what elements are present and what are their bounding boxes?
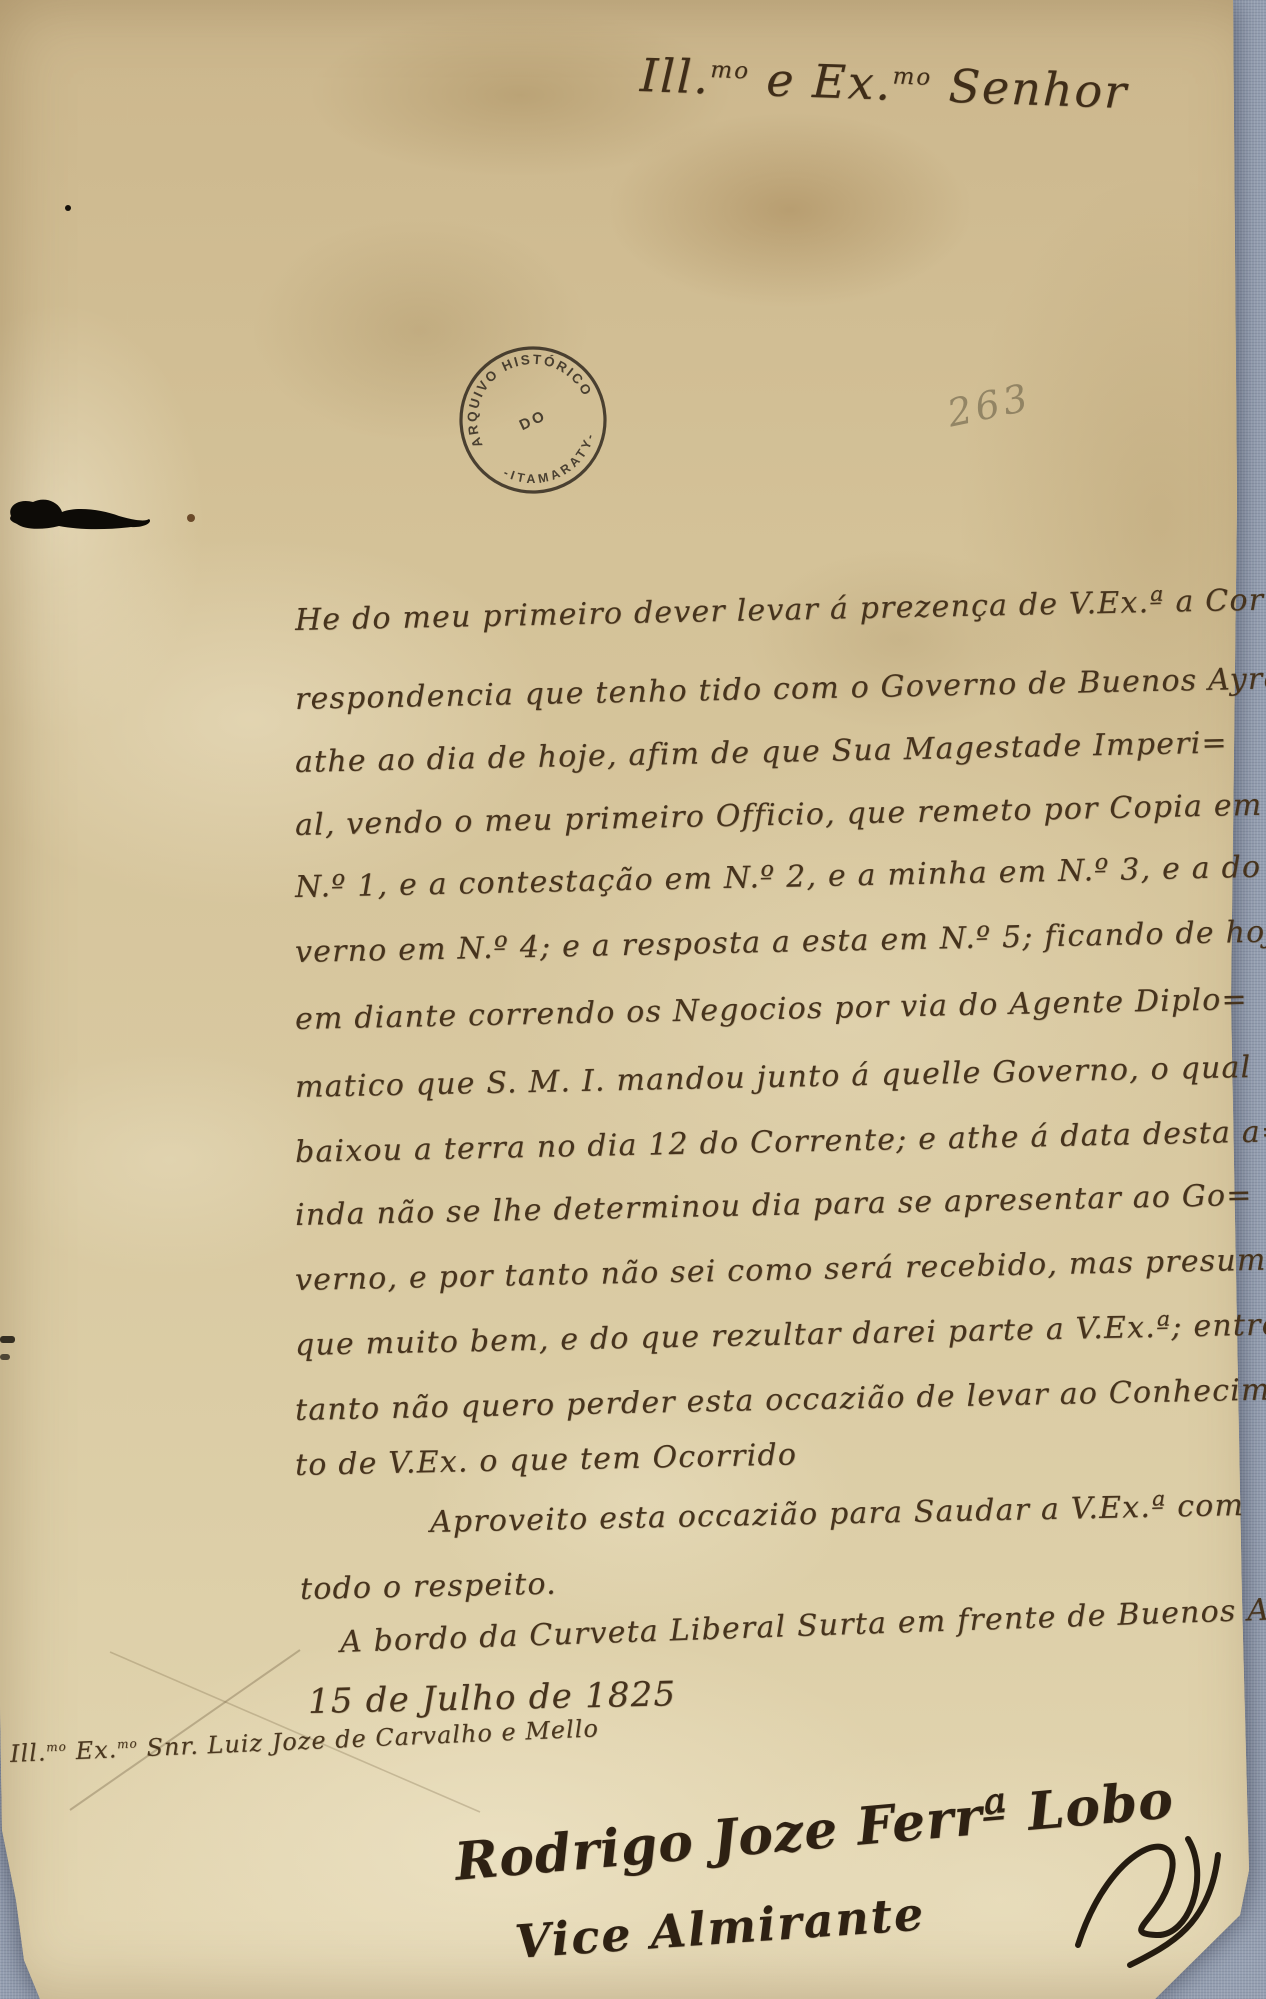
addressee-superscript: mo	[46, 1740, 67, 1755]
addressee-text: Ill.	[9, 1738, 47, 1768]
salutation-text: Ill.	[639, 48, 711, 104]
salutation-superscript: mo	[892, 63, 933, 90]
closing-line: todo o respeito.	[300, 1567, 558, 1607]
addressee-superscript: mo	[117, 1736, 138, 1751]
date-line: 15 de Julho de 1825	[308, 1674, 677, 1722]
scanned-letter-photo: { "document": { "salutation": { "p1": "I…	[0, 0, 1266, 1999]
salutation-superscript: mo	[710, 57, 751, 84]
stamp-center-text: DO	[517, 407, 550, 434]
salutation-text: e Ex.	[749, 52, 893, 111]
addressee-text: Ex.	[66, 1735, 117, 1765]
salutation-text: Senhor	[931, 58, 1129, 119]
